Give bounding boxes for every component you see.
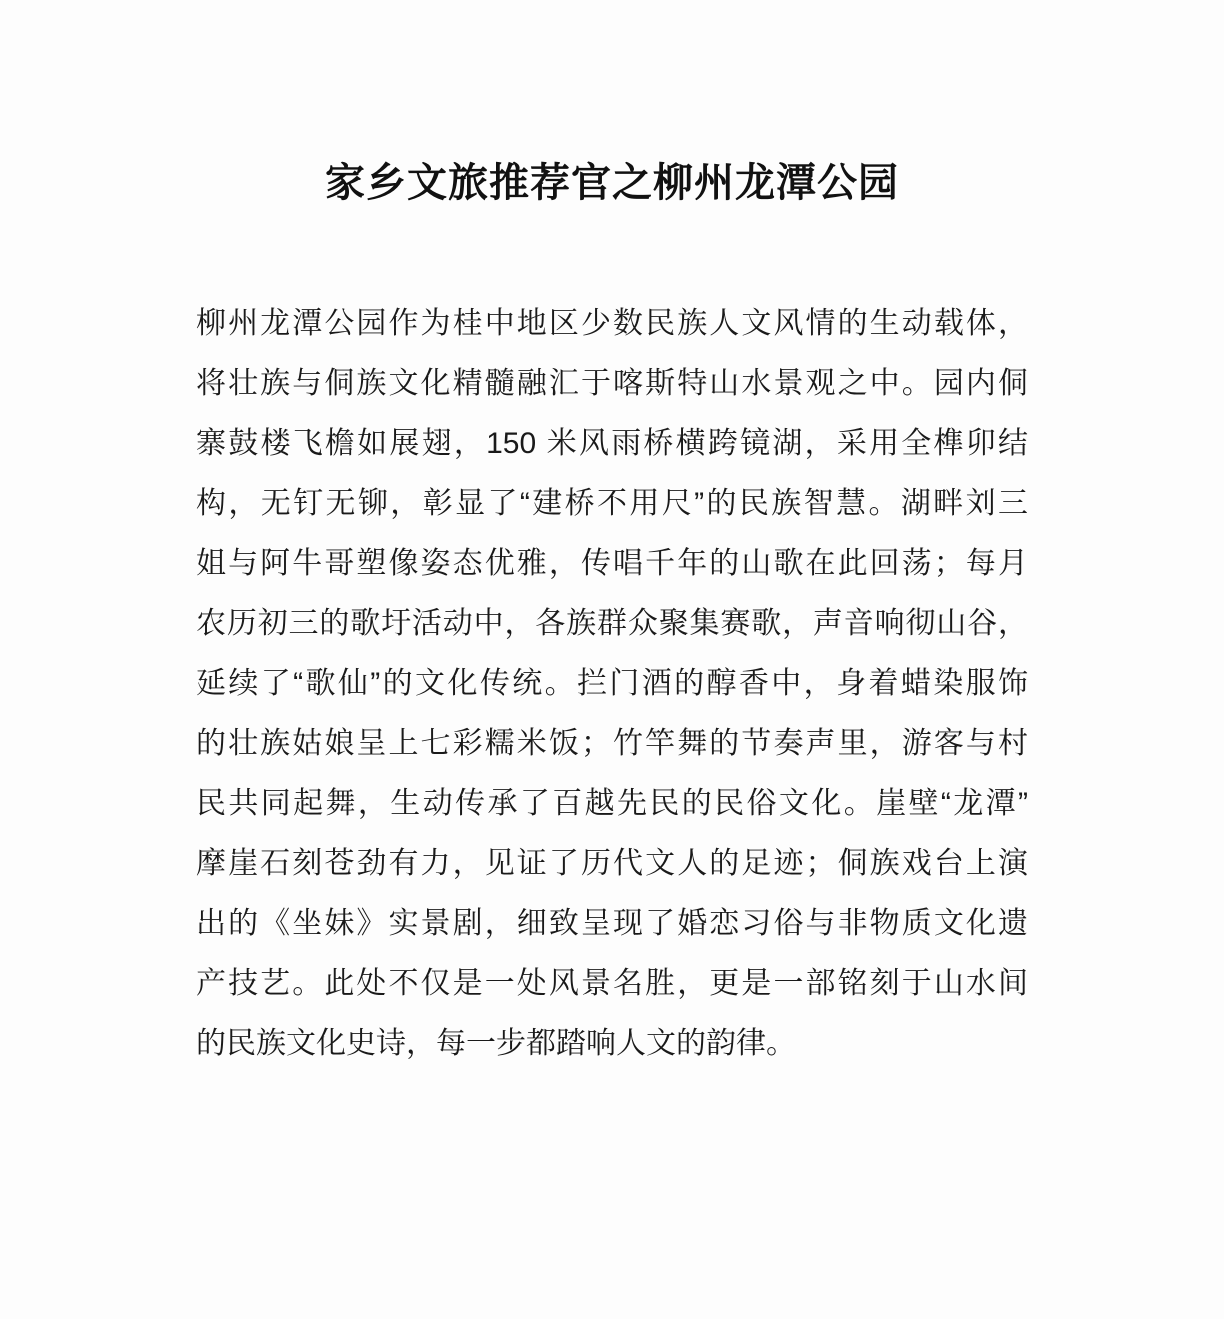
paragraph-line: 柳州龙潭公园作为桂中地区少数民族人文风情的生动载体，: [196, 294, 1028, 354]
document-page: 家乡文旅推荐官之柳州龙潭公园 柳州龙潭公园作为桂中地区少数民族人文风情的生动载体…: [0, 0, 1224, 1319]
paragraph-line: 民共同起舞，生动传承了百越先民的民俗文化。崖壁“龙潭”: [196, 774, 1028, 834]
paragraph-line: 摩崖石刻苍劲有力，见证了历代文人的足迹；侗族戏台上演: [196, 834, 1028, 894]
paragraph-line: 将壮族与侗族文化精髓融汇于喀斯特山水景观之中。园内侗: [196, 354, 1028, 414]
paragraph-line: 农历初三的歌圩活动中，各族群众聚集赛歌，声音响彻山谷，: [196, 594, 1028, 654]
paragraph-line: 延续了“歌仙”的文化传统。拦门酒的醇香中，身着蜡染服饰: [196, 654, 1028, 714]
paragraph-line: 姐与阿牛哥塑像姿态优雅，传唱千年的山歌在此回荡；每月: [196, 534, 1028, 594]
article-body: 柳州龙潭公园作为桂中地区少数民族人文风情的生动载体， 将壮族与侗族文化精髓融汇于…: [196, 294, 1028, 1074]
article-title: 家乡文旅推荐官之柳州龙潭公园: [0, 0, 1224, 210]
paragraph-line: 的壮族姑娘呈上七彩糯米饭；竹竿舞的节奏声里，游客与村: [196, 714, 1028, 774]
paragraph-line: 的民族文化史诗，每一步都踏响人文的韵律。: [196, 1014, 1028, 1074]
paragraph-line: 产技艺。此处不仅是一处风景名胜，更是一部铭刻于山水间: [196, 954, 1028, 1014]
paragraph-line: 寨鼓楼飞檐如展翅，150 米风雨桥横跨镜湖，采用全榫卯结: [196, 414, 1028, 474]
paragraph-line: 构，无钉无铆，彰显了“建桥不用尺”的民族智慧。湖畔刘三: [196, 474, 1028, 534]
paragraph-line: 出的《坐妹》实景剧，细致呈现了婚恋习俗与非物质文化遗: [196, 894, 1028, 954]
